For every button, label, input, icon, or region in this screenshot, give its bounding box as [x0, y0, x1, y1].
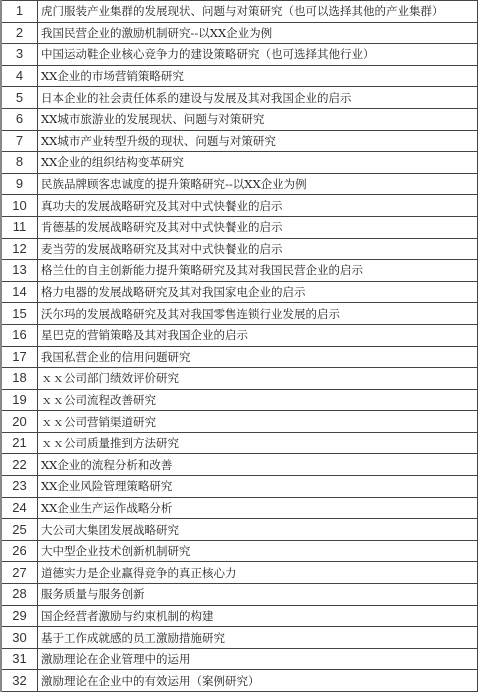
- row-number: 19: [1, 389, 38, 411]
- topic-title: 格兰仕的自主创新能力提升策略研究及其对我国民营企业的启示: [38, 260, 478, 282]
- row-number: 31: [1, 648, 38, 670]
- row-number: 9: [1, 173, 38, 195]
- table-row: 22XX企业的流程分析和改善: [1, 454, 478, 476]
- table-row: 20ｘｘ公司营销渠道研究: [1, 411, 478, 433]
- row-number: 12: [1, 238, 38, 260]
- table-row: 26大中型企业技术创新机制研究: [1, 540, 478, 562]
- row-number: 32: [1, 670, 38, 692]
- table-row: 11肯德基的发展战略研究及其对中式快餐业的启示: [1, 216, 478, 238]
- table-row: 28服务质量与服务创新: [1, 584, 478, 606]
- row-number: 26: [1, 540, 38, 562]
- topic-title: 真功夫的发展战略研究及其对中式快餐业的启示: [38, 195, 478, 217]
- row-number: 13: [1, 260, 38, 282]
- table-row: 16星巴克的营销策略及其对我国企业的启示: [1, 324, 478, 346]
- row-number: 27: [1, 562, 38, 584]
- row-number: 6: [1, 108, 38, 130]
- topic-title: 激励理论在企业中的有效运用（案例研究）: [38, 670, 478, 692]
- row-number: 28: [1, 584, 38, 606]
- topic-title: 麦当劳的发展战略研究及其对中式快餐业的启示: [38, 238, 478, 260]
- table-row: 6XX城市旅游业的发展现状、问题与对策研究: [1, 108, 478, 130]
- row-number: 21: [1, 432, 38, 454]
- topic-title: 我国私营企业的信用问题研究: [38, 346, 478, 368]
- table-row: 5日本企业的社会责任体系的建设与发展及其对我国企业的启示: [1, 87, 478, 109]
- topic-title: XX企业的组织结构变革研究: [38, 152, 478, 174]
- topic-title: XX企业的流程分析和改善: [38, 454, 478, 476]
- table-row: 9民族品牌顾客忠诚度的提升策略研究--以XX企业为例: [1, 173, 478, 195]
- table-row: 13格兰仕的自主创新能力提升策略研究及其对我国民营企业的启示: [1, 260, 478, 282]
- topic-title: ｘｘ公司质量推到方法研究: [38, 432, 478, 454]
- topic-title: XX企业的市场营销策略研究: [38, 65, 478, 87]
- topic-title: 激励理论在企业管理中的运用: [38, 648, 478, 670]
- topic-title: 国企经营者激励与约束机制的构建: [38, 605, 478, 627]
- table-row: 7XX城市产业转型升级的现状、问题与对策研究: [1, 130, 478, 152]
- table-row: 8XX企业的组织结构变革研究: [1, 152, 478, 174]
- table-row: 21ｘｘ公司质量推到方法研究: [1, 432, 478, 454]
- table-row: 12麦当劳的发展战略研究及其对中式快餐业的启示: [1, 238, 478, 260]
- topic-title: 中国运动鞋企业核心竞争力的建设策略研究（也可选择其他行业）: [38, 44, 478, 66]
- topic-title: ｘｘ公司流程改善研究: [38, 389, 478, 411]
- row-number: 1: [1, 1, 38, 23]
- topic-title: XX企业生产运作战略分析: [38, 497, 478, 519]
- topic-title: 虎门服装产业集群的发展现状、问题与对策研究（也可以选择其他的产业集群）: [38, 1, 478, 23]
- row-number: 29: [1, 605, 38, 627]
- table-row: 17我国私营企业的信用问题研究: [1, 346, 478, 368]
- row-number: 3: [1, 44, 38, 66]
- topic-title: 民族品牌顾客忠诚度的提升策略研究--以XX企业为例: [38, 173, 478, 195]
- table-row: 2我国民营企业的激励机制研究--以XX企业为例: [1, 22, 478, 44]
- topic-title: 服务质量与服务创新: [38, 584, 478, 606]
- table-row: 14格力电器的发展战略研究及其对我国家电企业的启示: [1, 281, 478, 303]
- row-number: 11: [1, 216, 38, 238]
- topic-title: 沃尔玛的发展战略研究及其对我国零售连锁行业发展的启示: [38, 303, 478, 325]
- topic-title: 道德实力是企业赢得竞争的真正核心力: [38, 562, 478, 584]
- topics-table-body: 1虎门服装产业集群的发展现状、问题与对策研究（也可以选择其他的产业集群）2我国民…: [1, 1, 478, 692]
- row-number: 4: [1, 65, 38, 87]
- row-number: 23: [1, 476, 38, 498]
- topic-title: 日本企业的社会责任体系的建设与发展及其对我国企业的启示: [38, 87, 478, 109]
- row-number: 14: [1, 281, 38, 303]
- topic-title: ｘｘ公司营销渠道研究: [38, 411, 478, 433]
- topic-title: XX企业风险管理策略研究: [38, 476, 478, 498]
- table-row: 31激励理论在企业管理中的运用: [1, 648, 478, 670]
- topic-title: ｘｘ公司部门绩效评价研究: [38, 368, 478, 390]
- row-number: 17: [1, 346, 38, 368]
- row-number: 5: [1, 87, 38, 109]
- topic-title: 肯德基的发展战略研究及其对中式快餐业的启示: [38, 216, 478, 238]
- row-number: 30: [1, 627, 38, 649]
- row-number: 2: [1, 22, 38, 44]
- row-number: 15: [1, 303, 38, 325]
- row-number: 10: [1, 195, 38, 217]
- table-row: 30基于工作成就感的员工激励措施研究: [1, 627, 478, 649]
- row-number: 7: [1, 130, 38, 152]
- topic-title: 星巴克的营销策略及其对我国企业的启示: [38, 324, 478, 346]
- table-row: 25大公司大集团发展战略研究: [1, 519, 478, 541]
- topic-title: XX城市产业转型升级的现状、问题与对策研究: [38, 130, 478, 152]
- topic-title: 基于工作成就感的员工激励措施研究: [38, 627, 478, 649]
- topic-title: 大公司大集团发展战略研究: [38, 519, 478, 541]
- table-row: 18ｘｘ公司部门绩效评价研究: [1, 368, 478, 390]
- row-number: 20: [1, 411, 38, 433]
- row-number: 18: [1, 368, 38, 390]
- table-row: 32激励理论在企业中的有效运用（案例研究）: [1, 670, 478, 692]
- row-number: 8: [1, 152, 38, 174]
- table-row: 1虎门服装产业集群的发展现状、问题与对策研究（也可以选择其他的产业集群）: [1, 1, 478, 23]
- table-row: 24XX企业生产运作战略分析: [1, 497, 478, 519]
- topic-title: 大中型企业技术创新机制研究: [38, 540, 478, 562]
- table-row: 23XX企业风险管理策略研究: [1, 476, 478, 498]
- table-row: 4XX企业的市场营销策略研究: [1, 65, 478, 87]
- topic-title: XX城市旅游业的发展现状、问题与对策研究: [38, 108, 478, 130]
- row-number: 22: [1, 454, 38, 476]
- table-row: 3中国运动鞋企业核心竞争力的建设策略研究（也可选择其他行业）: [1, 44, 478, 66]
- row-number: 25: [1, 519, 38, 541]
- topic-title: 格力电器的发展战略研究及其对我国家电企业的启示: [38, 281, 478, 303]
- table-row: 19ｘｘ公司流程改善研究: [1, 389, 478, 411]
- topics-table: 1虎门服装产业集群的发展现状、问题与对策研究（也可以选择其他的产业集群）2我国民…: [0, 0, 478, 692]
- table-row: 27道德实力是企业赢得竞争的真正核心力: [1, 562, 478, 584]
- row-number: 16: [1, 324, 38, 346]
- table-row: 29国企经营者激励与约束机制的构建: [1, 605, 478, 627]
- table-row: 15沃尔玛的发展战略研究及其对我国零售连锁行业发展的启示: [1, 303, 478, 325]
- topic-title: 我国民营企业的激励机制研究--以XX企业为例: [38, 22, 478, 44]
- row-number: 24: [1, 497, 38, 519]
- table-row: 10真功夫的发展战略研究及其对中式快餐业的启示: [1, 195, 478, 217]
